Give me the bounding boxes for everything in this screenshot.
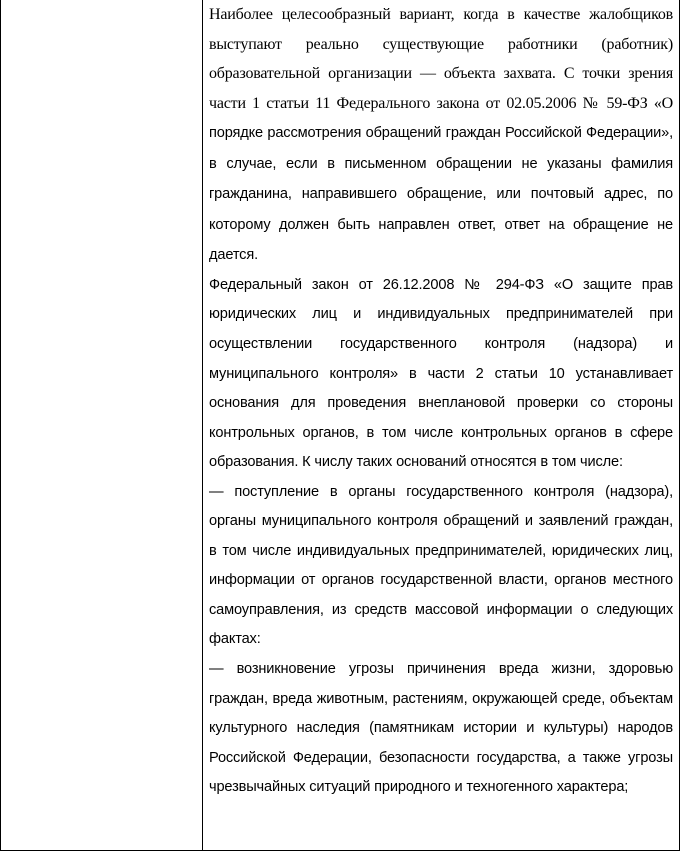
- paragraph-bullet-appeals: — поступление в органы государственного …: [209, 478, 673, 655]
- paragraph-sans-part: порядке рассмотрения обращений граждан Р…: [209, 125, 673, 263]
- paragraph-law-294: Федеральный закон от 26.12.2008 № 294-ФЗ…: [209, 271, 673, 478]
- paragraph-complainants: Наиболее целесообразный вариант, когда в…: [209, 0, 673, 271]
- paragraph-bullet-threats: — возникновение угрозы причинения вреда …: [209, 655, 673, 803]
- table-right-cell: Наиболее целесообразный вариант, когда в…: [204, 0, 679, 850]
- document-table: Наиболее целесообразный вариант, когда в…: [0, 0, 680, 851]
- table-left-cell: [1, 0, 203, 850]
- paragraph-serif-part: Наиболее целесообразный вариант, когда в…: [209, 6, 673, 112]
